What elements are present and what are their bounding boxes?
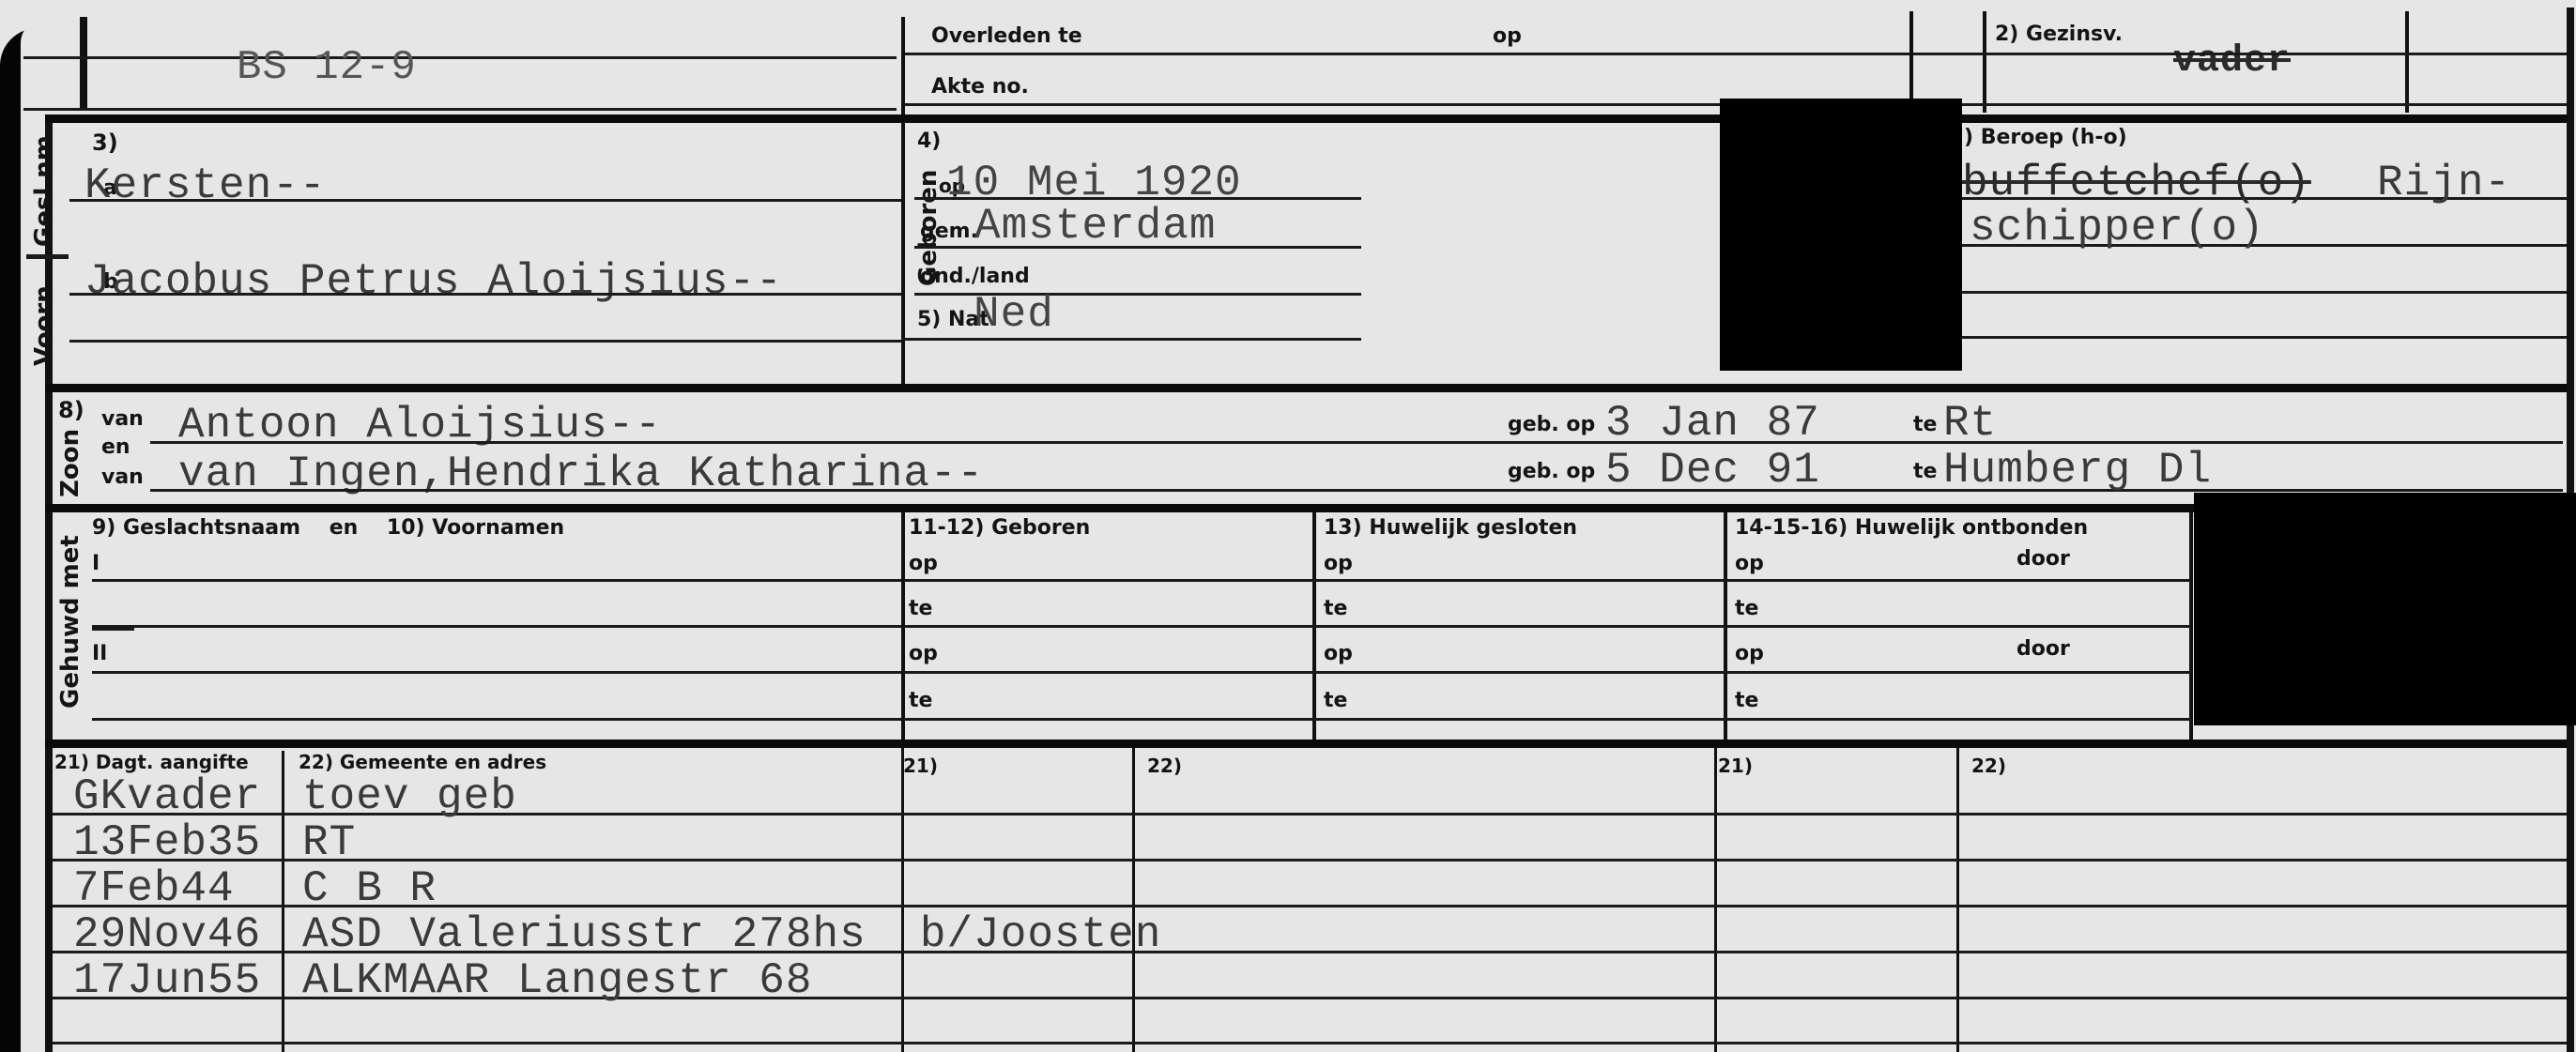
died-on-label: op — [1493, 26, 1522, 47]
rule — [1962, 291, 2567, 294]
col21-label-3: 21) — [1718, 756, 1753, 775]
rule — [92, 718, 901, 721]
address-text: C B R — [302, 867, 437, 910]
born-at-2: te — [909, 691, 932, 711]
dissolved-at-2: te — [1735, 691, 1758, 711]
header-divider — [80, 17, 87, 111]
names-header: 9) Geslachtsnaam en 10) Voornamen — [92, 518, 564, 539]
address-date: 7Feb44 — [73, 867, 235, 910]
rule — [92, 579, 901, 582]
rule — [150, 441, 2563, 444]
rule — [23, 108, 897, 111]
surname-side-label: Gesl.nm. — [32, 126, 56, 247]
section-border — [45, 739, 2567, 748]
section-4-number: 4) — [917, 131, 941, 152]
rule — [53, 1042, 2567, 1044]
divider — [901, 747, 904, 1052]
rule — [905, 53, 1989, 55]
married-header: 13) Huwelijk gesloten — [1324, 518, 1577, 539]
divider — [1956, 747, 1959, 1052]
section-border — [45, 504, 2195, 512]
date-header: 21) Dagt. aangifte — [54, 753, 249, 771]
section-3-number: 3) — [92, 131, 118, 154]
rule — [92, 625, 901, 628]
mother-place-value: Humberg Dl — [1943, 449, 2212, 492]
marriage-2-label: II — [92, 644, 107, 664]
rule — [53, 859, 2567, 861]
father-place-value: Rt — [1943, 402, 1997, 445]
rule — [92, 671, 901, 674]
dissolved-header: 14-15-16) Huwelijk ontbonden — [1735, 518, 2088, 539]
married-on-1: op — [1324, 554, 1353, 574]
address-text: ALKMAAR Langestr 68 — [302, 959, 813, 1002]
address-text: ASD Valeriusstr 278hs b/Joosten — [302, 913, 1161, 956]
born-on-2: op — [909, 644, 938, 664]
mother-place-label: te — [1913, 462, 1937, 482]
address-text: RT — [302, 821, 356, 864]
rule — [905, 579, 2191, 582]
registration-card: BS 12-9 Overleden te op Akte no. 2) Gezi… — [0, 0, 2576, 1052]
redacted-box-right — [2194, 493, 2576, 725]
form-left-border — [45, 122, 53, 1052]
section-8-number: 8) — [58, 399, 84, 421]
birth-municipality-label: gem. — [920, 221, 978, 242]
divider — [1714, 747, 1717, 1052]
address-header: 22) Gemeente en adres — [299, 753, 546, 771]
section-border — [45, 384, 2567, 392]
family-position-label: 2) Gezinsv. — [1995, 24, 2123, 45]
married-at-2: te — [1324, 691, 1347, 711]
redacted-photo-box — [1720, 99, 1962, 371]
address-date: 29Nov46 — [73, 913, 261, 956]
occupation-value-line1: Rijn- — [2377, 161, 2511, 205]
dissolved-on-2: op — [1735, 644, 1764, 664]
rule — [23, 56, 897, 59]
family-position-value: vader — [2173, 43, 2291, 81]
rule — [69, 199, 901, 202]
marriage-1-label: I — [92, 554, 100, 574]
firstnames-value: Jacobus Petrus Aloijsius-- — [84, 260, 783, 303]
firstnames-side-label: Voorn. — [32, 276, 56, 366]
occupation-struck-value: buffetchef(o) — [1962, 161, 2311, 205]
married-at-1: te — [1324, 599, 1347, 619]
married-on-2: op — [1324, 644, 1353, 664]
birth-municipality-value: Amsterdam — [974, 205, 1216, 248]
en-label: en — [101, 437, 130, 458]
mother-born-value: 5 Dec 91 — [1605, 449, 1820, 492]
divider — [2405, 11, 2409, 113]
col22-label-2: 22) — [1147, 756, 1182, 775]
dissolved-on-1: op — [1735, 554, 1764, 574]
father-born-value: 3 Jan 87 — [1605, 402, 1820, 445]
deed-label: Akte no. — [931, 77, 1029, 98]
rule — [26, 254, 69, 259]
rule — [69, 340, 901, 343]
dissolved-at-1: te — [1735, 599, 1758, 619]
father-place-label: te — [1913, 415, 1937, 435]
married-side-label: Gehuwd met — [58, 535, 83, 709]
address-date: 17Jun55 — [73, 959, 261, 1002]
divider — [1983, 11, 1986, 113]
rule — [901, 338, 1361, 341]
son-side-label: Zoon — [58, 429, 83, 497]
dissolved-by-2: door — [2016, 639, 2070, 660]
rule — [905, 625, 2191, 628]
address-date: 13Feb35 — [73, 821, 261, 864]
rule — [1915, 53, 2567, 55]
address-text: toev geb — [302, 775, 517, 818]
country-label: ond./land — [920, 267, 1030, 287]
nationality-value: Ned — [974, 293, 1054, 336]
occupation-label: ) Beroep (h-o) — [1964, 128, 2127, 148]
rule — [1962, 336, 2567, 339]
divider — [901, 122, 905, 385]
rule — [905, 718, 2191, 721]
mother-van-label: van — [101, 467, 144, 488]
rule — [905, 671, 2191, 674]
mother-born-label: geb. op — [1508, 462, 1595, 482]
divider — [1132, 747, 1135, 1052]
rule — [914, 246, 1361, 249]
born-header: 11-12) Geboren — [909, 518, 1090, 539]
rule — [69, 293, 901, 296]
father-van-label: van — [101, 409, 144, 430]
rule — [914, 197, 1361, 200]
col21-label-2: 21) — [903, 756, 938, 775]
divider — [282, 751, 284, 1052]
father-born-label: geb. op — [1508, 415, 1595, 435]
address-date: GKvader — [73, 775, 261, 818]
rule — [92, 626, 134, 631]
born-at-1: te — [909, 599, 932, 619]
col22-label-3: 22) — [1971, 756, 2006, 775]
born-on-1: op — [909, 554, 938, 574]
section-border — [45, 114, 2567, 123]
dissolved-by-1: door — [2016, 549, 2070, 570]
occupation-value-line2: schipper(o) — [1970, 206, 2265, 250]
died-label: Overleden te — [931, 26, 1082, 47]
reference-number: BS 12-9 — [237, 47, 417, 88]
rule — [1915, 103, 2567, 106]
